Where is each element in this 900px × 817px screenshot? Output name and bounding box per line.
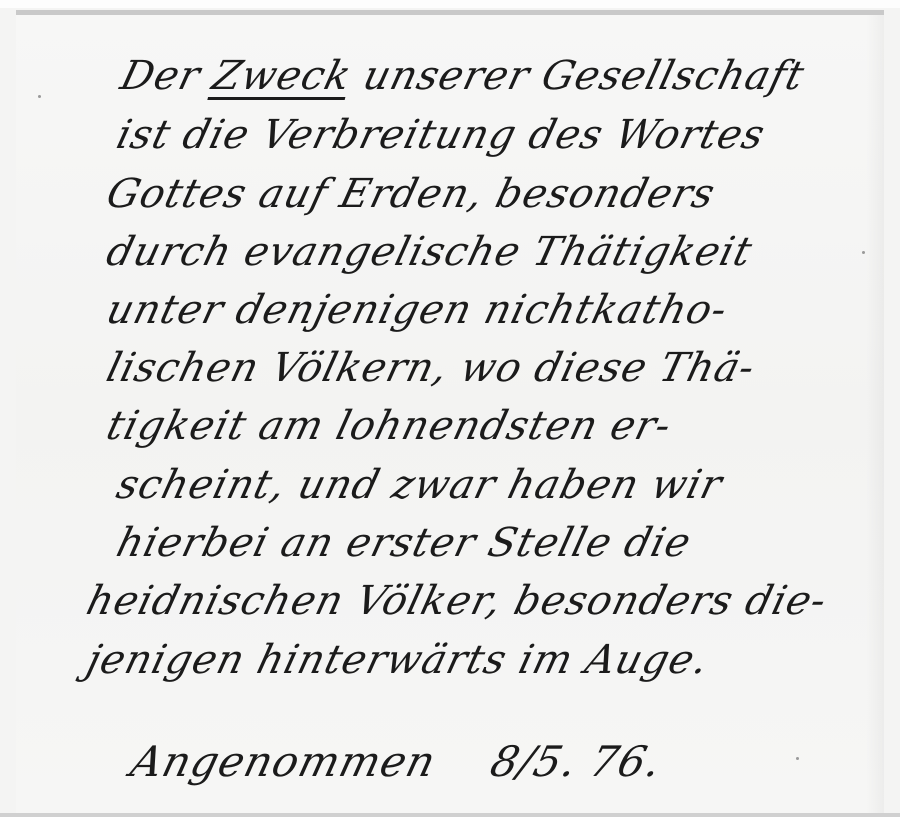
document-viewer: Der Zweck unserer Gesellschaft ist die V… <box>0 0 900 817</box>
manuscript-line-7: tigkeit am lohnendsten er- <box>102 403 676 449</box>
paper-speck <box>862 251 865 254</box>
manuscript-line-3: Gottes auf Erden, besonders <box>102 171 720 217</box>
underlined-word-zweck: Zweck <box>208 53 357 99</box>
acceptance-date: 8/5. 76. <box>486 737 667 786</box>
paper-speck <box>38 95 41 98</box>
manuscript-line-9: hierbei an erster Stelle die <box>112 520 696 566</box>
manuscript-line-10: heidnischen Völker, besonders die- <box>82 578 832 624</box>
manuscript-line-6: lischen Völkern, wo diese Thä- <box>102 345 760 391</box>
paper-speck <box>796 757 799 760</box>
viewer-top-strip <box>0 0 900 8</box>
page-bottom-edge <box>0 813 900 817</box>
manuscript-page: Der Zweck unserer Gesellschaft ist die V… <box>16 15 884 813</box>
manuscript-line-11: jenigen hinterwärts im Auge. <box>82 637 714 683</box>
acceptance-label: Angenommen <box>126 737 441 786</box>
manuscript-line-5: unter denjenigen nichtkatho- <box>102 287 732 333</box>
manuscript-line-2: ist die Verbreitung des Wortes <box>112 112 770 158</box>
acceptance-line: Angenommen 8/5. 76. <box>126 737 667 786</box>
line-1-before: Der <box>116 53 219 99</box>
manuscript-line-4: durch evangelische Thätigkeit <box>102 229 757 275</box>
line-1-after: unserer Gesellschaft <box>345 53 809 99</box>
manuscript-line-8: scheint, und zwar haben wir <box>112 462 727 508</box>
manuscript-line-1: Der Zweck unserer Gesellschaft <box>116 53 809 99</box>
